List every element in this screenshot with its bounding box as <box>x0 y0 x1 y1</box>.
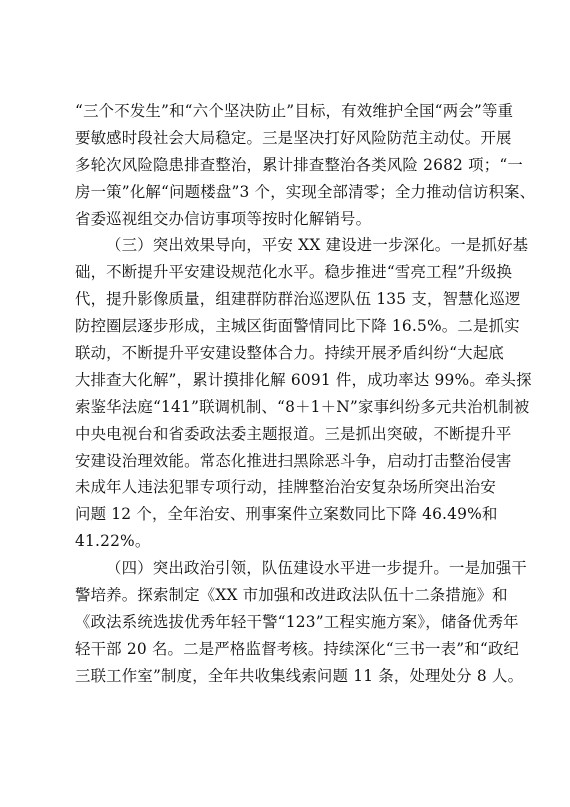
document-body: “三个不发生”和“六个坚决防止”目标，有效维护全国“两会”等重 要敏感时段社会大… <box>75 98 495 690</box>
text-line: 未成年人违法犯罪专项行动，挂牌整治治安复杂场所突出治安 <box>75 474 495 501</box>
text-line: 联动，不断提升平安建设整体合力。持续开展矛盾纠纷“大起底 <box>75 340 495 367</box>
text-line: 安建设治理效能。常态化推进扫黑除恶斗争，启动打击整治侵害 <box>75 448 495 475</box>
text-line: 代，提升影像质量，组建群防群治巡逻队伍 135 支，智慧化巡逻 <box>75 286 495 313</box>
text-line: 防控圈层逐步形成，主城区街面警情同比下降 16.5%。二是抓实 <box>75 313 495 340</box>
text-line: 大排查大化解”，累计摸排化解 6091 件，成功率达 99%。牵头探 <box>75 367 495 394</box>
text-line: 多轮次风险隐患排查整治，累计排查整治各类风险 2682 项；“一 <box>75 152 495 179</box>
section-heading-line: （三）突出效果导向，平安 XX 建设进一步深化。一是抓好基 <box>75 232 495 259</box>
text-line: 省委巡视组交办信访事项等按时化解销号。 <box>75 206 495 233</box>
text-line: 《政法系统选拔优秀年轻干警“123”工程实施方案》，储备优秀年 <box>75 609 495 636</box>
section-heading-line: （四）突出政治引领，队伍建设水平进一步提升。一是加强干 <box>75 555 495 582</box>
text-line: 要敏感时段社会大局稳定。三是坚决打好风险防范主动仗。开展 <box>75 125 495 152</box>
text-line: 房一策”化解“问题楼盘”3 个，实现全部清零；全力推动信访积案、 <box>75 179 495 206</box>
text-line: “三个不发生”和“六个坚决防止”目标，有效维护全国“两会”等重 <box>75 98 495 125</box>
text-line: 轻干部 20 名。二是严格监督考核。持续深化“三书一表”和“政纪 <box>75 636 495 663</box>
text-line: 础，不断提升平安建设规范化水平。稳步推进“雪亮工程”升级换 <box>75 259 495 286</box>
text-line: 41.22%。 <box>75 528 495 555</box>
text-line: 索鉴华法庭“141”联调机制、“8＋1＋N”家事纠纷多元共治机制被 <box>75 394 495 421</box>
text-line: 三联工作室”制度，全年共收集线索问题 11 条，处理处分 8 人。 <box>75 663 495 690</box>
text-line: 问题 12 个，全年治安、刑事案件立案数同比下降 46.49%和 <box>75 501 495 528</box>
text-line: 警培养。探索制定《XX 市加强和改进政法队伍十二条措施》和 <box>75 582 495 609</box>
document-page: “三个不发生”和“六个坚决防止”目标，有效维护全国“两会”等重 要敏感时段社会大… <box>0 0 570 807</box>
text-line: 中央电视台和省委政法委主题报道。三是抓出突破，不断提升平 <box>75 421 495 448</box>
